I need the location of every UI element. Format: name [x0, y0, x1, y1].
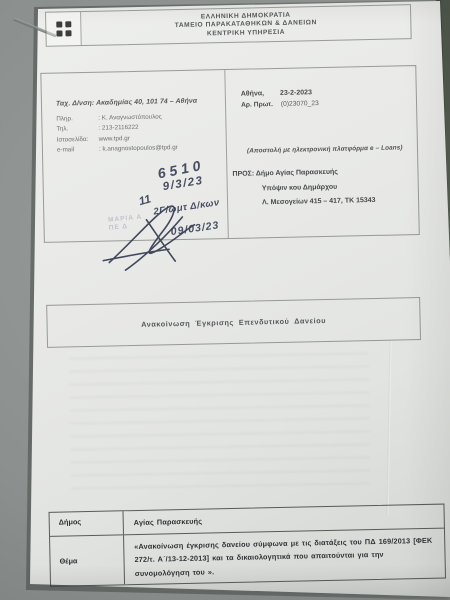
letterhead: ΕΛΛΗΝΙΚΗ ΔΗΜΟΚΡΑΤΙΑ ΤΑΜΕΙΟ ΠΑΡΑΚΑΤΑΘΗΚΩΝ… — [45, 4, 412, 47]
logo-square — [65, 30, 71, 36]
contact-label: e-mail — [57, 145, 99, 156]
row-label: Δήμος — [50, 511, 124, 535]
page-content: ΕΛΛΗΝΙΚΗ ΔΗΜΟΚΡΑΤΙΑ ΤΑΜΕΙΟ ΠΑΡΑΚΑΤΑΘΗΚΩΝ… — [36, 1, 450, 595]
protocol-number: (0)23070_23 — [281, 100, 319, 108]
logo-square — [56, 30, 62, 36]
sender-address: Ταχ. Δ/νση: Ακαδημίας 40, 101 74 – Αθήνα — [56, 97, 225, 108]
contact-row: e-mail : k.anagnostopoulos@tpd.gr — [57, 142, 226, 156]
signature-icon — [90, 197, 302, 276]
logo-square — [65, 21, 71, 27]
row-label: Θέμα — [50, 535, 125, 586]
contact-value: : Κ. Αναγνωστόπουλος — [98, 112, 162, 124]
delivery-note: (Αποστολή με ηλεκτρονική πλατφόρμα e – L… — [247, 144, 403, 154]
protocol-line: Αρ. Πρωτ. (0)23070_23 — [241, 98, 416, 109]
document-date: 23-2-2023 — [280, 89, 312, 97]
document-title: Ανακοίνωση Έγκρισης Επενδυτικού Δανείου — [141, 316, 326, 329]
table-row: Θέμα «Ανακοίνωση έγκρισης δανείου σύμφων… — [50, 527, 445, 586]
contact-value: : k.anagnostopoulos@tpd.gr — [99, 143, 178, 155]
city-label: Αθήνα, — [241, 90, 264, 97]
org-department: ΚΕΝΤΡΙΚΗ ΥΠΗΡΕΣΙΑ — [207, 29, 285, 39]
handwritten-annotations: ΜΑΡΙΑ Α ΠΕ Δ 6510 9/3/23 11 2Γ/ωμτ Δ/κων… — [89, 154, 316, 279]
contact-value: : 213-2116222 — [98, 123, 138, 134]
protocol-label: Αρ. Πρωτ. — [241, 101, 273, 109]
letterhead-text: ΕΛΛΗΝΙΚΗ ΔΗΜΟΚΡΑΤΙΑ ΤΑΜΕΙΟ ΠΑΡΑΚΑΤΑΘΗΚΩΝ… — [81, 5, 411, 45]
photo-of-document: ΕΛΛΗΝΙΚΗ ΔΗΜΟΚΡΑΤΙΑ ΤΑΜΕΙΟ ΠΑΡΑΚΑΤΑΘΗΚΩΝ… — [0, 0, 450, 600]
summary-table: Δήμος Αγίας Παρασκευής Θέμα «Ανακοίνωση … — [49, 504, 446, 587]
logo-square — [56, 21, 62, 27]
contact-value: www.tpd.gr — [99, 134, 130, 145]
tpd-logo — [46, 12, 82, 46]
four-squares-logo-icon — [56, 21, 71, 36]
row-value: «Ανακοίνωση έγκρισης δανείου σύμφωνα με … — [124, 528, 445, 584]
city-date-line: Αθήνα, 23-2-2023 — [241, 87, 416, 98]
title-box: Ανακοίνωση Έγκρισης Επενδυτικού Δανείου — [46, 297, 421, 348]
